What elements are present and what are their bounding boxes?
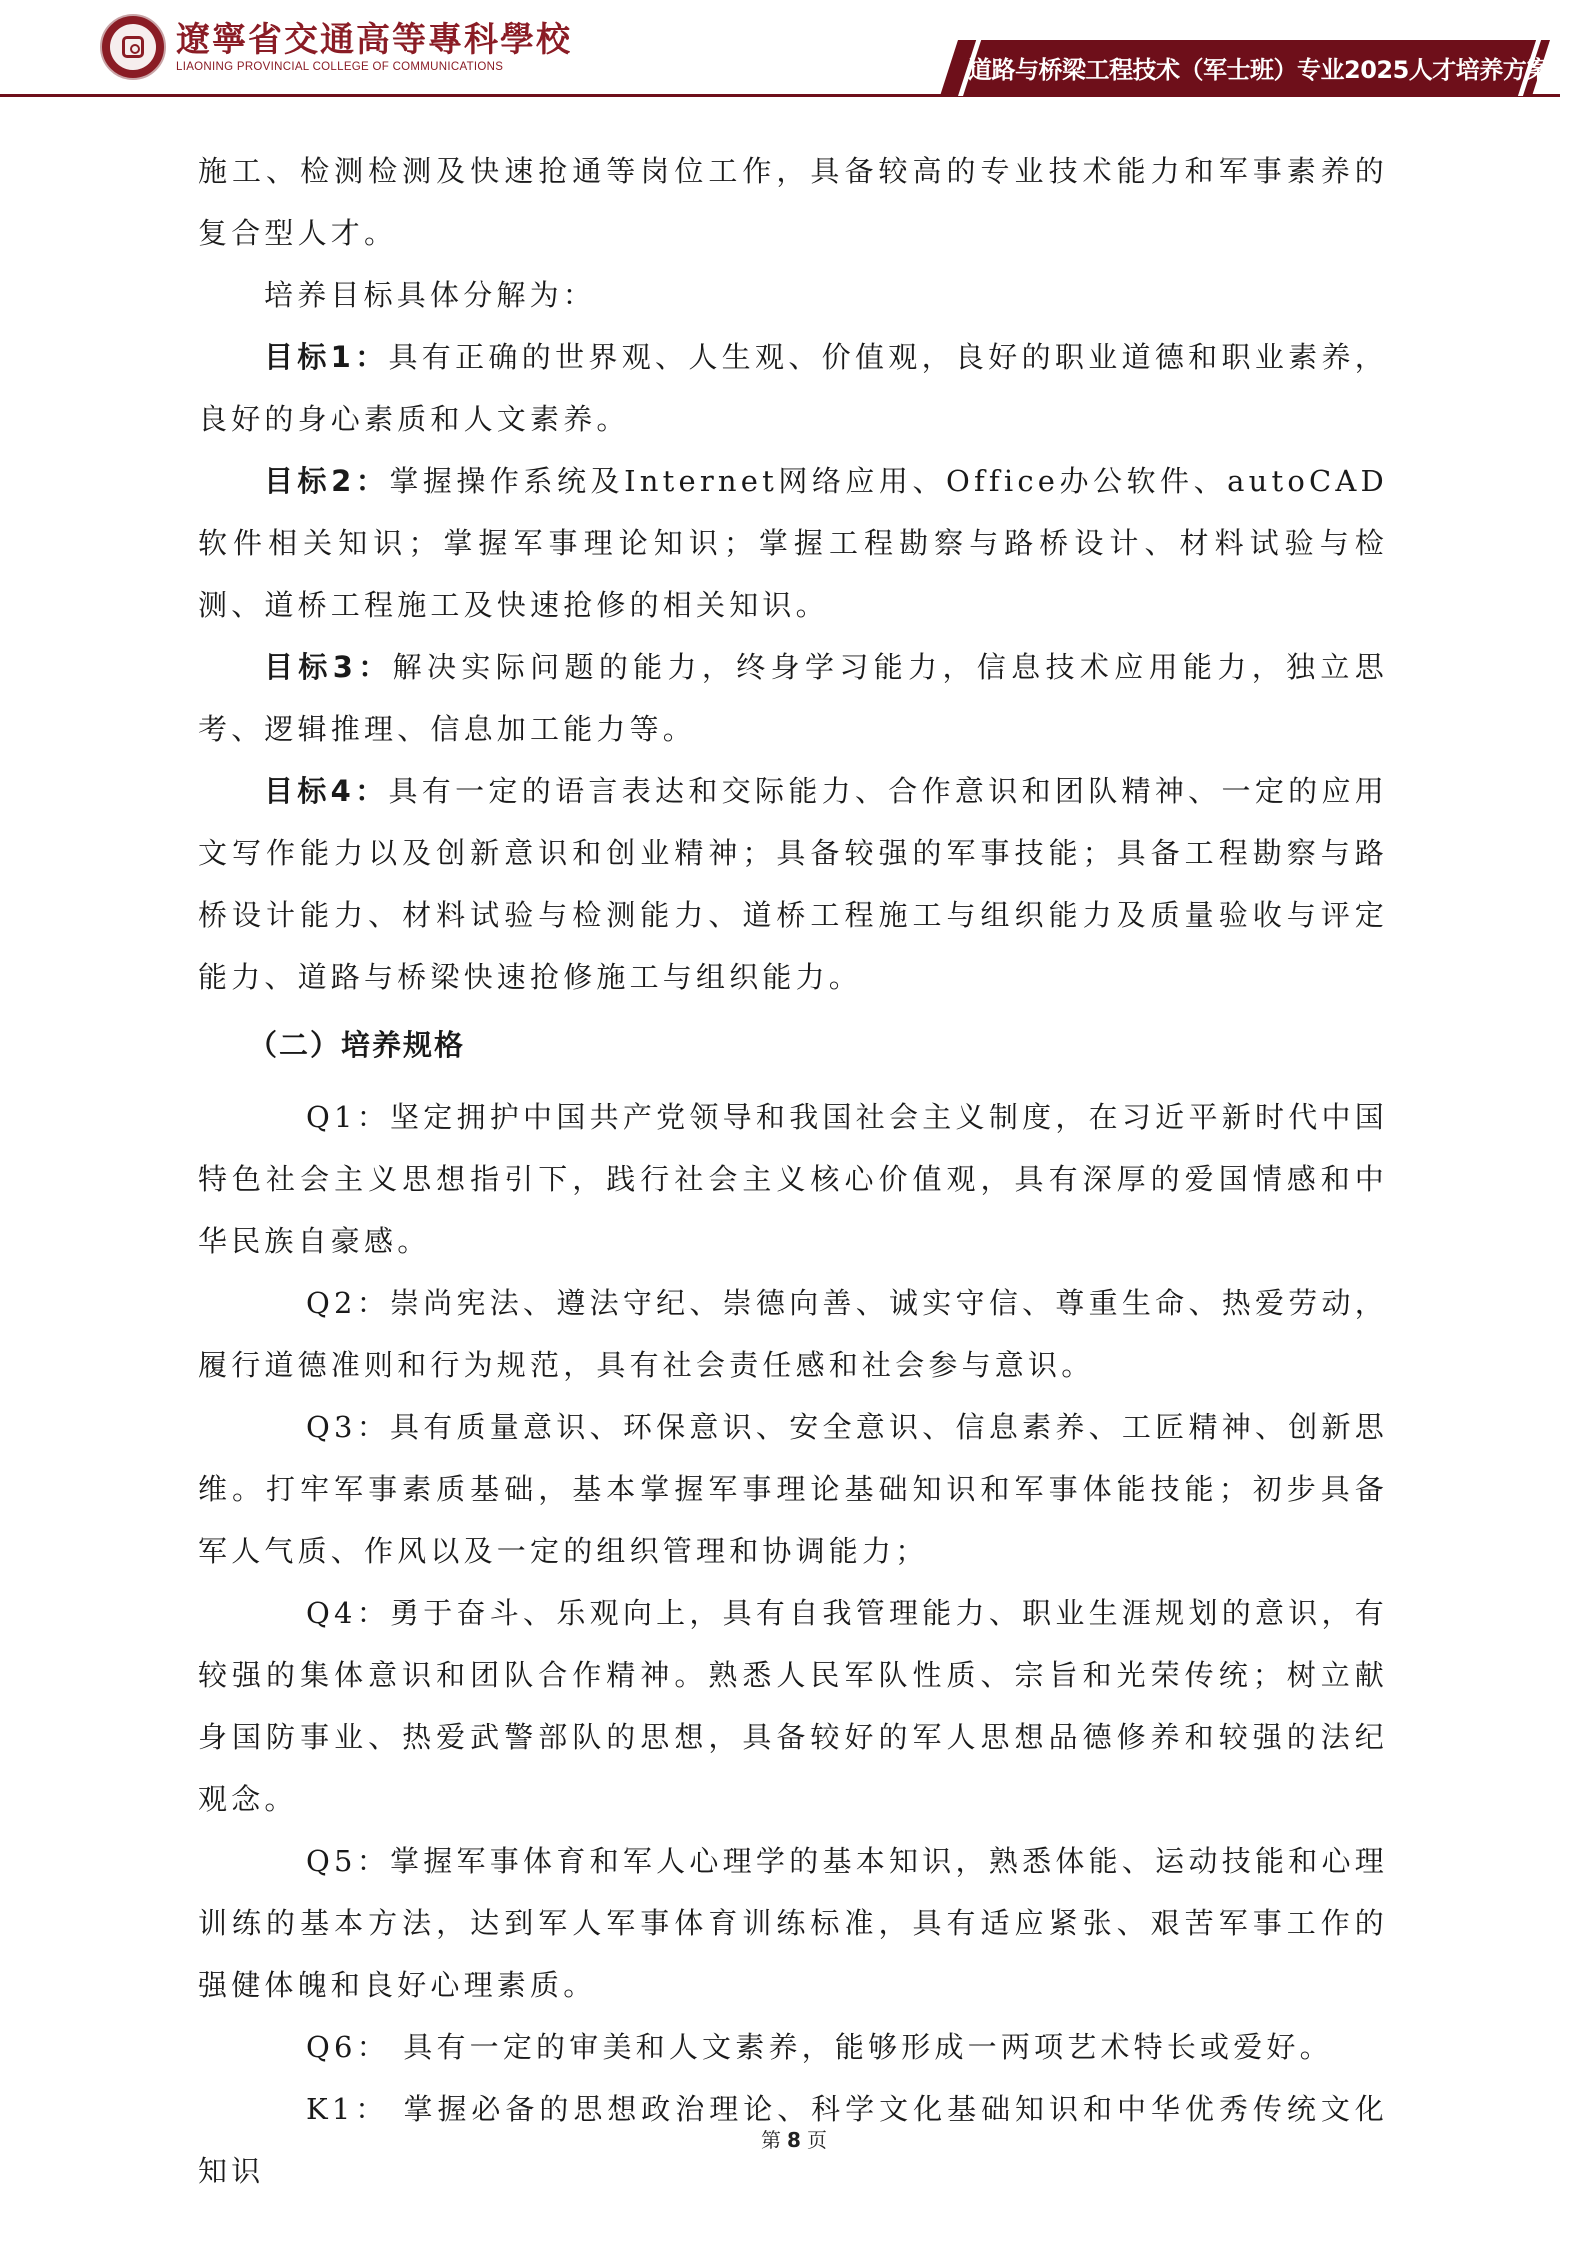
spec-label: Q1： [306,1100,390,1134]
spec-item: Q4：勇于奋斗、乐观向上，具有自我管理能力、职业生涯规划的意识，有较强的集体意识… [198,1582,1388,1830]
spec-label: Q3： [306,1410,390,1444]
spec-item: Q1：坚定拥护中国共产党领导和我国社会主义制度，在习近平新时代中国特色社会主义思… [198,1086,1388,1272]
goal-item: 目标4：具有一定的语言表达和交际能力、合作意识和团队精神、一定的应用文写作能力以… [198,760,1388,1008]
spec-text: 具有一定的审美和人文素养，能够形成一两项艺术特长或爱好。 [390,2030,1333,2064]
spec-label: Q2： [306,1286,390,1320]
spec-label: K1： [306,2092,389,2126]
college-seal-icon [100,14,166,80]
goal-item: 目标1：具有正确的世界观、人生观、价值观，良好的职业道德和职业素养，良好的身心素… [198,326,1388,450]
institution-name-cn: 遼寧省交通高等專科學校 [176,20,572,60]
spec-label: Q6： [306,2030,390,2064]
institution-name-en: LIAONING PROVINCIAL COLLEGE OF COMMUNICA… [176,60,572,74]
page-prefix: 第 [761,2128,781,2152]
page-header: 遼寧省交通高等專科學校 LIAONING PROVINCIAL COLLEGE … [0,0,1588,100]
page-number: 8 [787,2128,801,2152]
college-logo: 遼寧省交通高等專科學校 LIAONING PROVINCIAL COLLEGE … [100,14,572,80]
spec-label: Q5： [306,1844,390,1878]
goal-label: 目标3： [264,650,393,684]
spec-item: Q6： 具有一定的审美和人文素养，能够形成一两项艺术特长或爱好。 [198,2016,1388,2078]
document-title: 道路与桥梁工程技术（军士班）专业2025人才培养方案 [968,40,1522,96]
goals-intro: 培养目标具体分解为： [198,264,1388,326]
spec-label: Q4： [306,1596,390,1630]
page-content: 施工、检测检测及快速抢通等岗位工作，具备较高的专业技术能力和军事素养的复合型人才… [198,140,1388,2202]
goal-label: 目标1： [264,340,388,374]
goal-item: 目标3：解决实际问题的能力，终身学习能力，信息技术应用能力，独立思考、逻辑推理、… [198,636,1388,760]
continuation-paragraph: 施工、检测检测及快速抢通等岗位工作，具备较高的专业技术能力和军事素养的复合型人才… [198,140,1388,264]
document-title-banner: 道路与桥梁工程技术（军士班）专业2025人才培养方案 [940,40,1550,96]
page-footer: 第8页 [0,2124,1588,2153]
spec-item: Q3：具有质量意识、环保意识、安全意识、信息素养、工匠精神、创新思维。打牢军事素… [198,1396,1388,1582]
section-heading: （二）培养规格 [198,1014,1388,1076]
logo-text: 遼寧省交通高等專科學校 LIAONING PROVINCIAL COLLEGE … [176,20,572,74]
goal-item: 目标2：掌握操作系统及Internet网络应用、Office办公软件、autoC… [198,450,1388,636]
spec-item: Q2：崇尚宪法、遵法守纪、崇德向善、诚实守信、尊重生命、热爱劳动，履行道德准则和… [198,1272,1388,1396]
goal-label: 目标2： [264,464,389,498]
goal-label: 目标4： [264,774,388,808]
page-suffix: 页 [807,2128,827,2152]
spec-item: Q5：掌握军事体育和军人心理学的基本知识，熟悉体能、运动技能和心理训练的基本方法… [198,1830,1388,2016]
